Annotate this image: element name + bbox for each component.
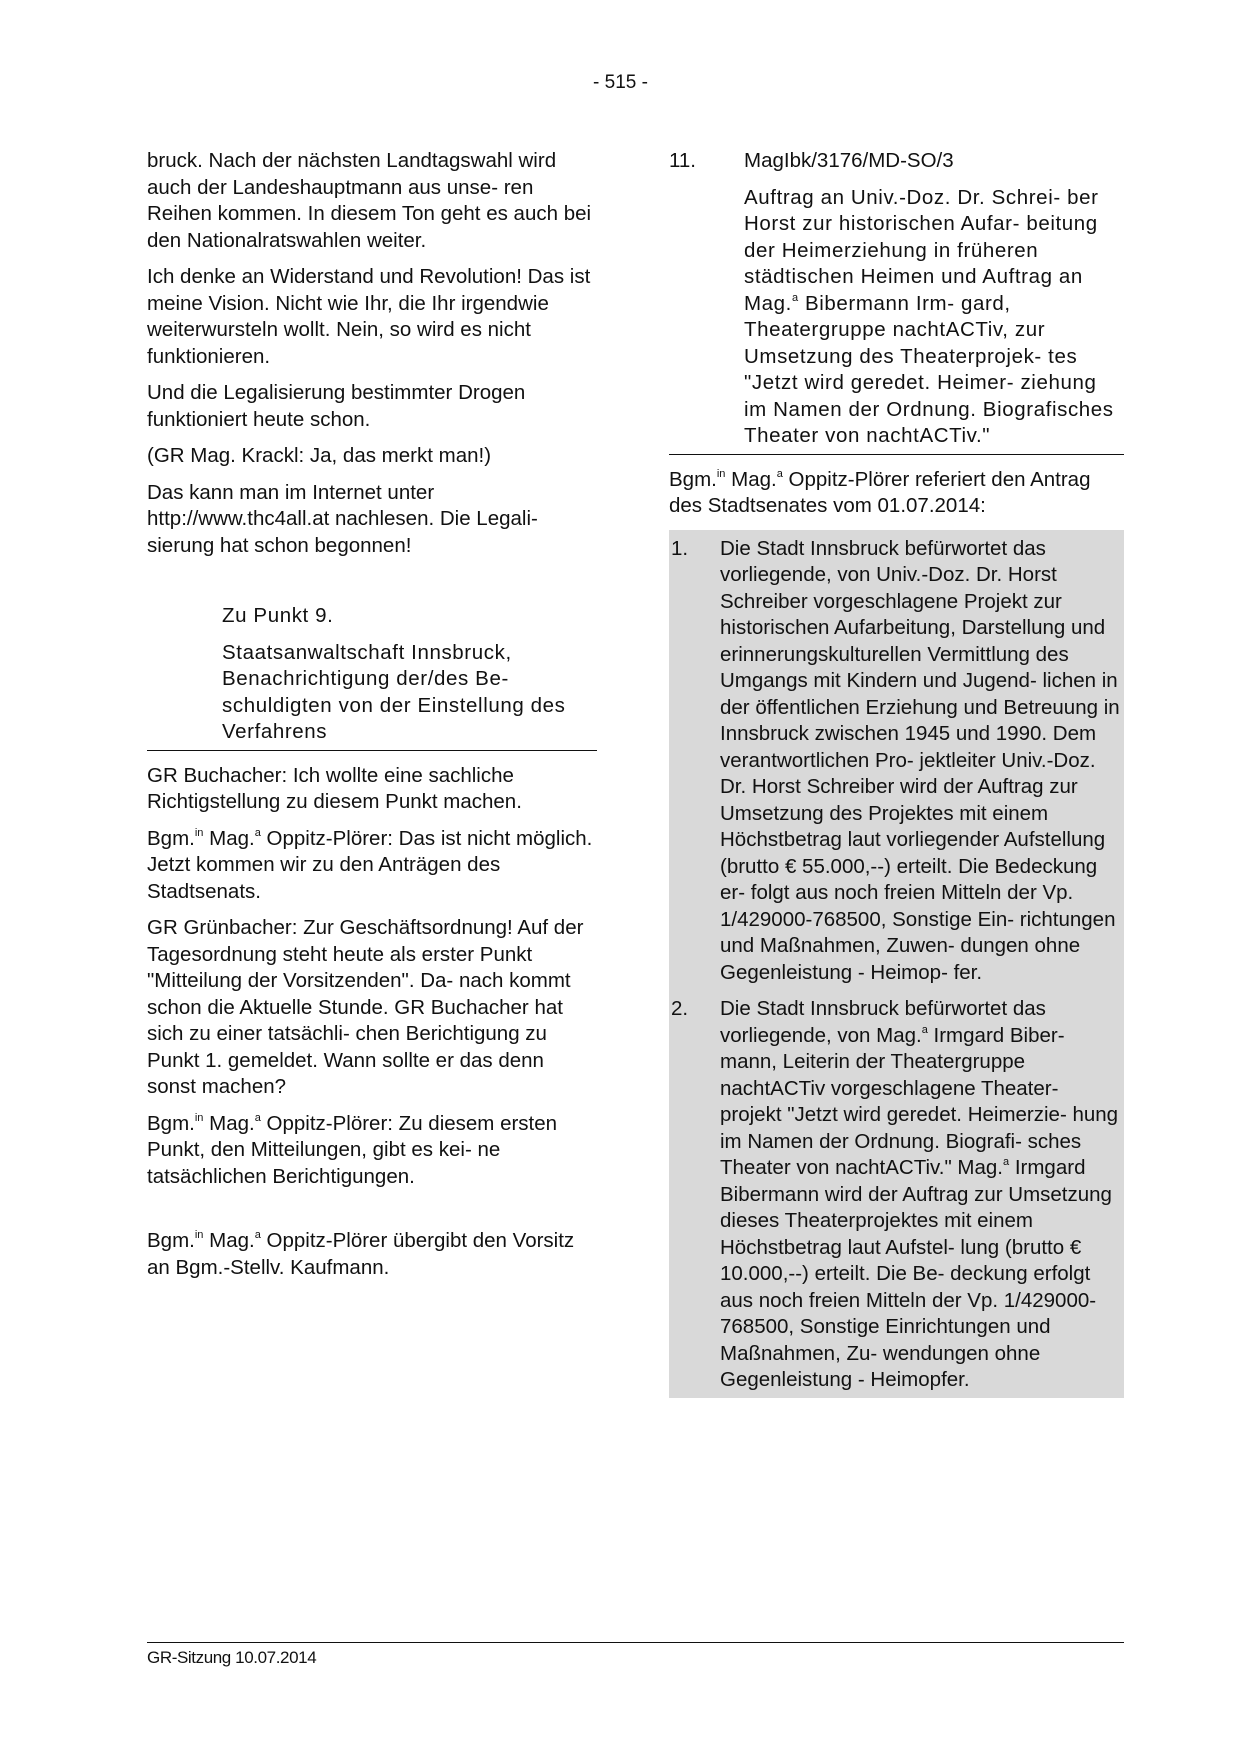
item-number: 11. <box>669 148 744 454</box>
paragraph: bruck. Nach der nächsten Landtagswahl wi… <box>147 148 597 254</box>
statement: Bgm.in Mag.a Oppitz-Plörer übergibt den … <box>147 1228 597 1281</box>
speaker-title: Mag. <box>203 1112 254 1135</box>
item-title: Auftrag an Univ.-Doz. Dr. Schrei- ber Ho… <box>744 185 1124 450</box>
page-number: - 515 - <box>0 72 1241 94</box>
motion-point: 1. Die Stadt Innsbruck befürwortet das v… <box>669 536 1122 987</box>
motion-intro: Bgm.in Mag.a Oppitz-Plörer referiert den… <box>669 467 1124 520</box>
statement: GR Buchacher: Ich wollte eine sachliche … <box>147 763 597 816</box>
footer-divider <box>147 1642 1124 1643</box>
point-text-part: Irmgard Bibermann wird der Auftrag zur U… <box>720 1156 1112 1391</box>
left-column: bruck. Nach der nächsten Landtagswahl wi… <box>147 148 597 1291</box>
statement: Bgm.in Mag.a Oppitz-Plörer: Zu diesem er… <box>147 1111 597 1191</box>
section-divider <box>669 454 1124 455</box>
statement: GR Grünbacher: Zur Geschäftsordnung! Auf… <box>147 915 597 1101</box>
agenda-title: Staatsanwaltschaft Innsbruck, Benachrich… <box>222 640 597 746</box>
section-divider <box>147 750 597 751</box>
item-reference: MagIbk/3176/MD-SO/3 <box>744 148 1124 175</box>
point-text: Die Stadt Innsbruck befürwortet das vorl… <box>720 996 1122 1394</box>
speaker-title: Bgm. <box>147 827 195 850</box>
agenda-item: 11. MagIbk/3176/MD-SO/3 Auftrag an Univ.… <box>669 148 1124 454</box>
item-body: MagIbk/3176/MD-SO/3 Auftrag an Univ.-Doz… <box>744 148 1124 454</box>
speaker-title: Bgm. <box>147 1229 195 1252</box>
paragraph: Und die Legalisierung bestimmter Drogen … <box>147 380 597 433</box>
speaker-title: Mag. <box>725 468 776 491</box>
speaker-title: Mag. <box>203 1229 254 1252</box>
point-number: 2. <box>669 996 720 1394</box>
speaker-title: Bgm. <box>669 468 717 491</box>
paragraph: Ich denke an Widerstand und Revolution! … <box>147 264 597 370</box>
point-number: 1. <box>669 536 720 987</box>
superscript: a <box>792 292 799 304</box>
footer-text: GR-Sitzung 10.07.2014 <box>147 1648 316 1668</box>
point-text: Die Stadt Innsbruck befürwortet das vorl… <box>720 536 1122 987</box>
item-title-text: Bibermann Irm- gard, Theatergruppe nacht… <box>744 292 1114 448</box>
agenda-heading: Zu Punkt 9. Staatsanwaltschaft Innsbruck… <box>222 603 597 746</box>
motion-box: 1. Die Stadt Innsbruck befürwortet das v… <box>669 530 1124 1398</box>
statement: Bgm.in Mag.a Oppitz-Plörer: Das ist nich… <box>147 826 597 906</box>
interjection: (GR Mag. Krackl: Ja, das merkt man!) <box>147 443 597 470</box>
paragraph: Das kann man im Internet unter http://ww… <box>147 480 597 560</box>
agenda-label: Zu Punkt 9. <box>222 603 597 630</box>
motion-point: 2. Die Stadt Innsbruck befürwortet das v… <box>669 996 1122 1394</box>
speaker-title: Mag. <box>203 827 254 850</box>
right-column: 11. MagIbk/3176/MD-SO/3 Auftrag an Univ.… <box>669 148 1124 1398</box>
speaker-title: Bgm. <box>147 1112 195 1135</box>
